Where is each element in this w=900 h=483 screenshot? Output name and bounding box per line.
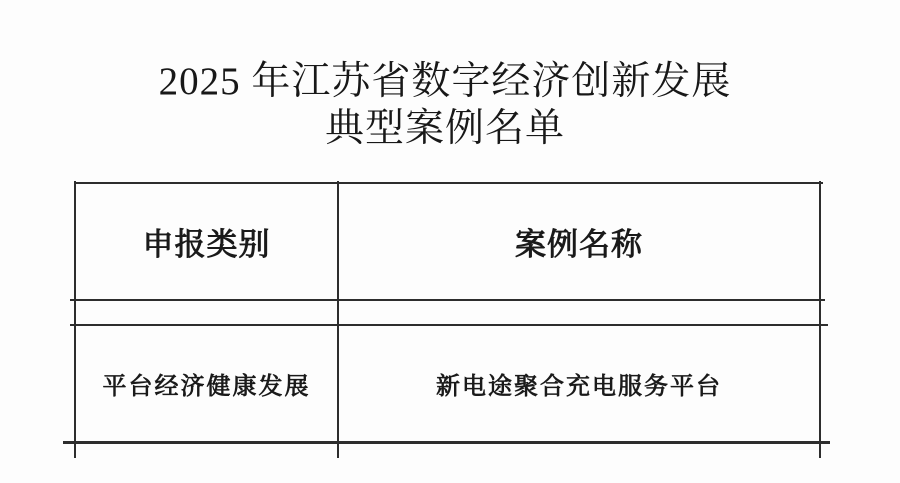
document-title: 2025 年江苏省数字经济创新发展 典型案例名单 bbox=[0, 58, 890, 152]
row-cell-category: 平台经济健康发展 bbox=[76, 326, 337, 440]
document-title-line1: 2025 年江苏省数字经济创新发展 bbox=[0, 58, 890, 105]
header-cell-application-category: 申报类别 bbox=[76, 184, 337, 298]
header-label-application-category: 申报类别 bbox=[143, 219, 271, 264]
header-label-case-name: 案例名称 bbox=[515, 219, 643, 264]
table-border-right bbox=[819, 181, 821, 458]
row-value-case-name: 新电途聚合充电服务平台 bbox=[436, 366, 722, 401]
document-title-line2: 典型案例名单 bbox=[0, 105, 890, 152]
table-rule-header-bottom bbox=[70, 299, 825, 301]
document-content: 2025 年江苏省数字经济创新发展 典型案例名单 申报类别 案例名称 平台经济健… bbox=[0, 0, 900, 483]
row-value-category: 平台经济健康发展 bbox=[103, 366, 311, 401]
row-cell-case-name: 新电途聚合充电服务平台 bbox=[339, 326, 819, 440]
header-cell-case-name: 案例名称 bbox=[339, 184, 819, 298]
table-rule-row-bottom bbox=[63, 441, 830, 444]
document-page: 2025 年江苏省数字经济创新发展 典型案例名单 申报类别 案例名称 平台经济健… bbox=[0, 0, 900, 483]
